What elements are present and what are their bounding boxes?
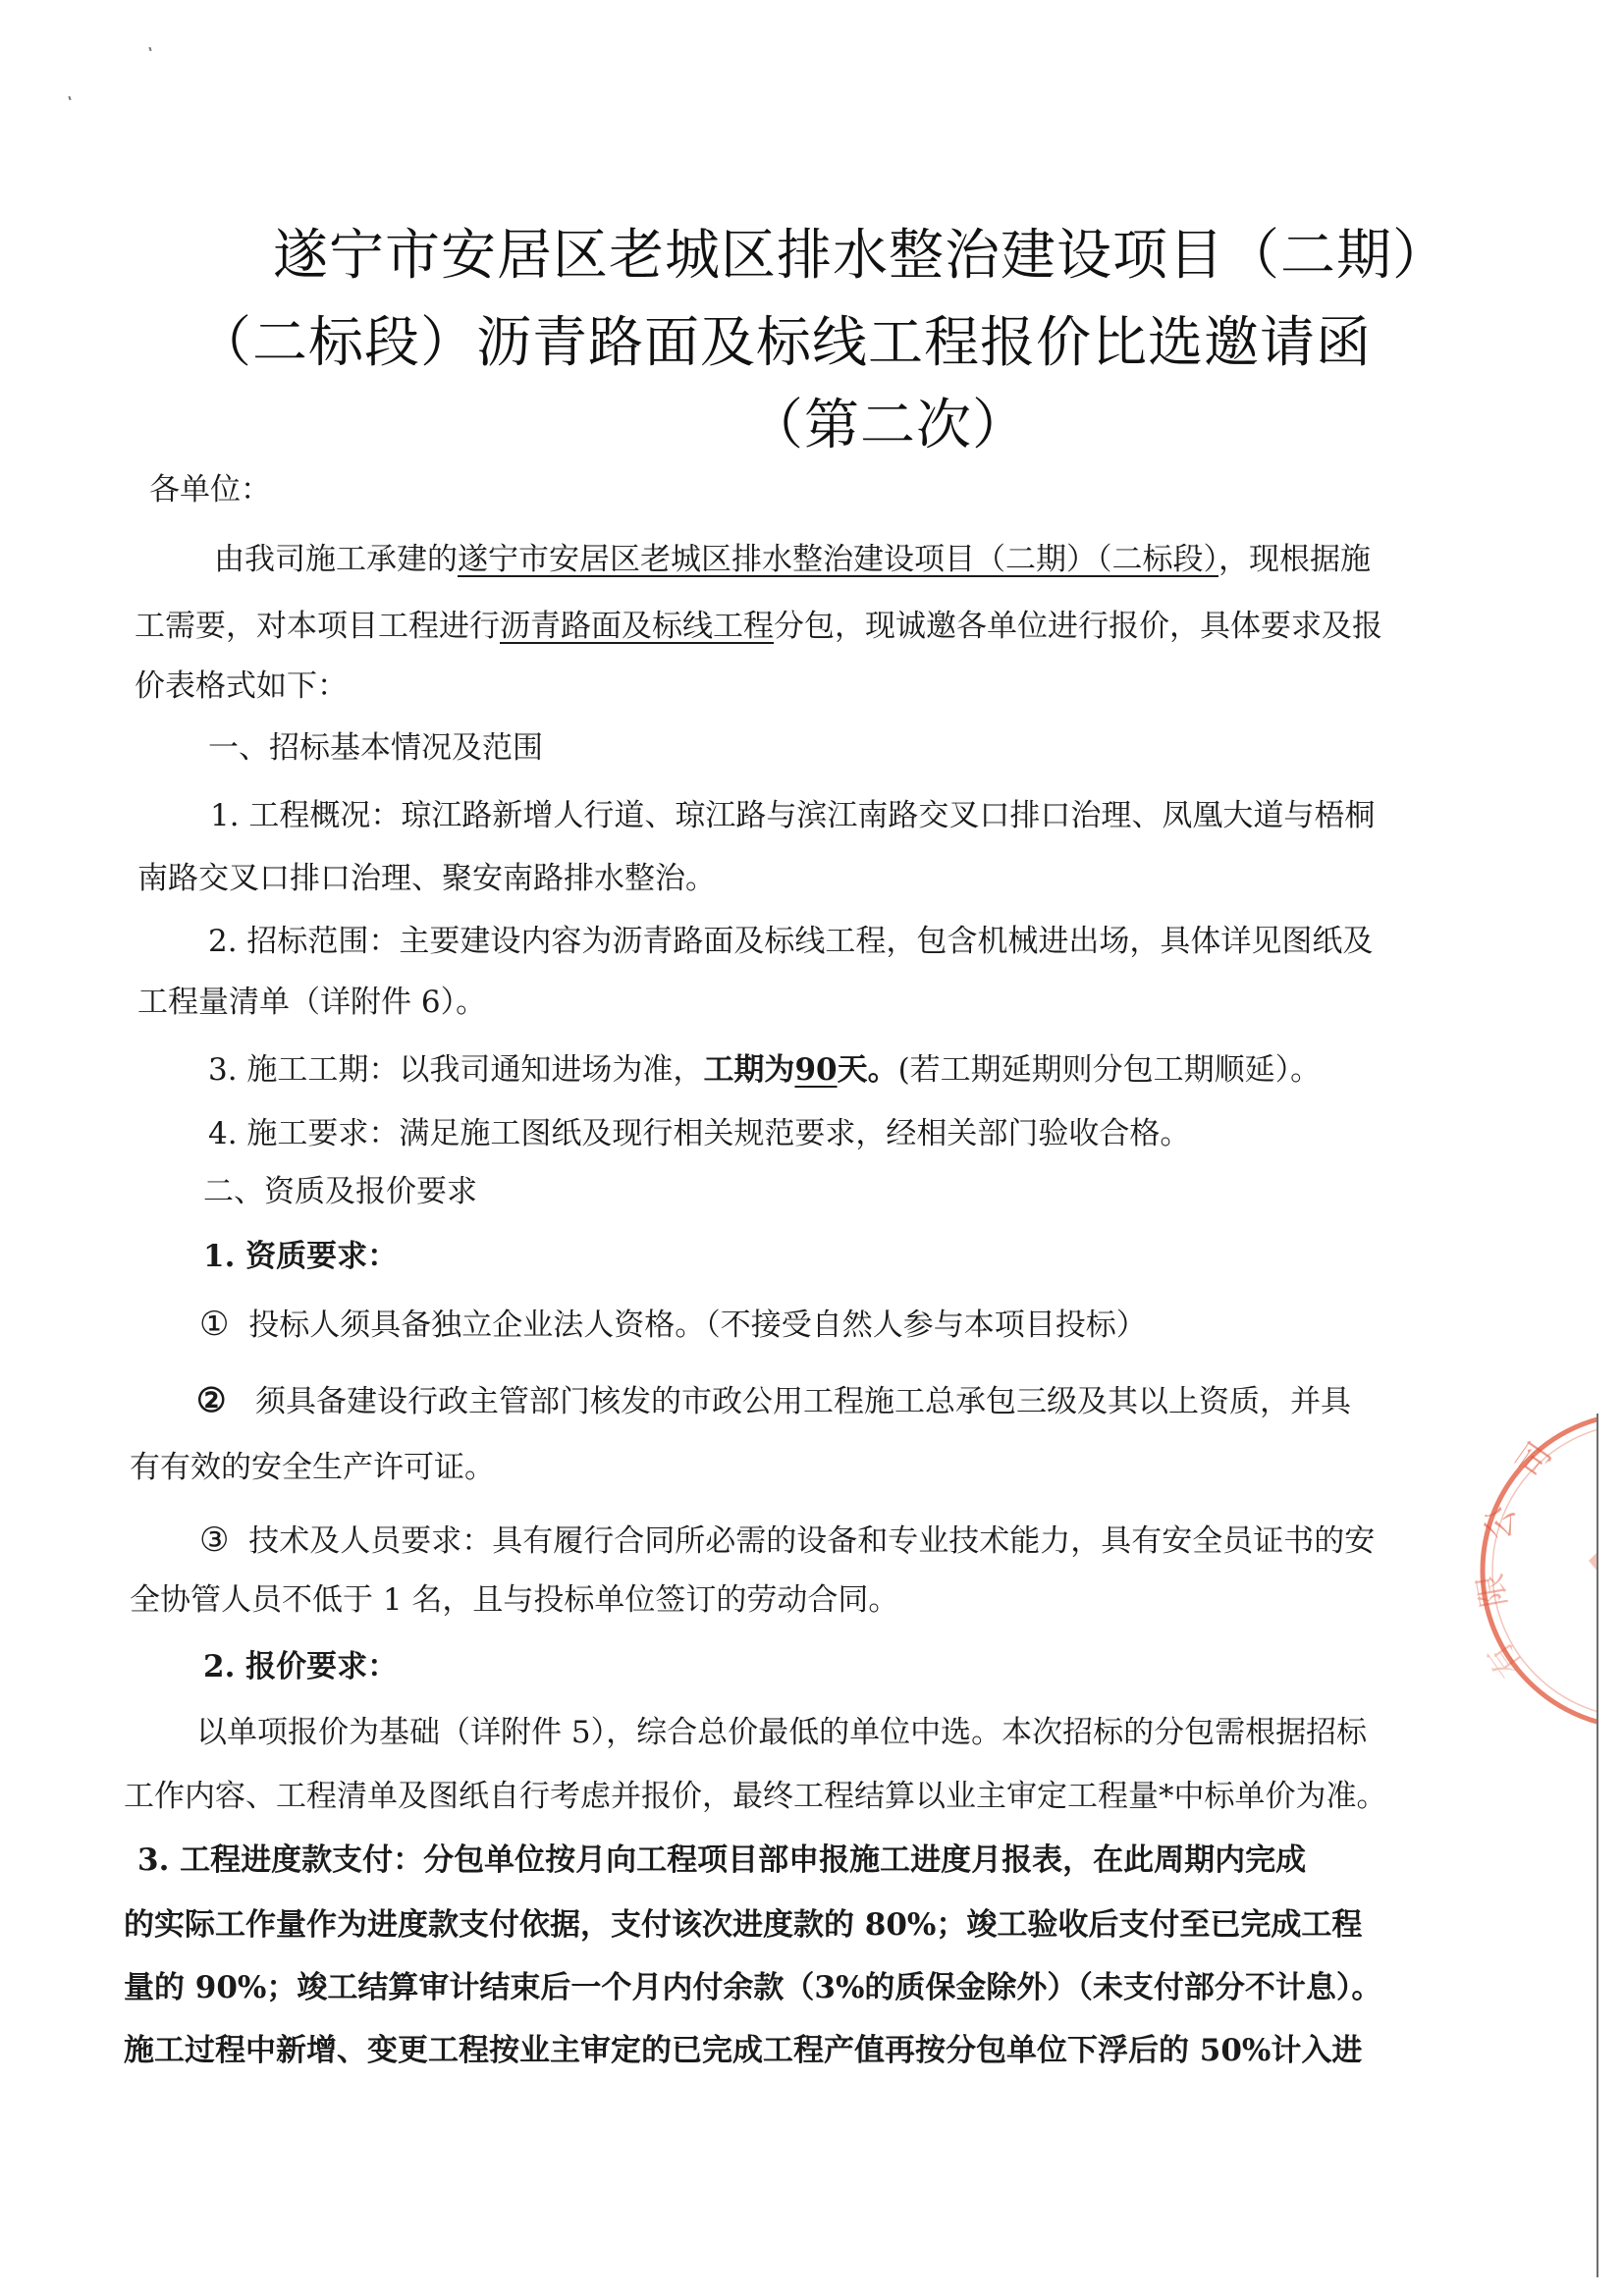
payment-heading: 3. 工程进度款支付： [137,1842,423,1878]
intro-suffix: ，现根据施 [1218,542,1371,577]
intro-prefix: 由我司施工承建的 [214,542,458,577]
section1-item2-line1: 2. 招标范围：主要建设内容为沥青路面及标线工程，包含机械进出场，具体详见图纸及 [208,927,1373,957]
requirement-3-line2: 全协管人员不低于 1 名，且与投标单位签订的劳动合同。 [130,1585,898,1616]
payment-line-4: 施工过程中新增、变更工程按业主审定的已完成工程产值再按分包单位下浮后的 50%计… [124,2036,1362,2066]
requirement-2-line2: 有有效的安全生产许可证。 [130,1453,495,1483]
item3-duration-days: 90 [794,1052,837,1088]
quotation-heading: 2. 报价要求： [203,1652,398,1682]
section1-item2-line2: 工程量清单（详附件 6）。 [137,988,486,1018]
scan-speck [148,47,151,51]
intro-line-1: 由我司施工承建的遂宁市安居区老城区排水整治建设项目（二期）（二标段），现根据施 [214,545,1371,575]
intro-prefix-2: 工需要，对本项目工程进行 [135,609,500,644]
seal-icon: 司 公 限 有 [1473,1404,1598,1737]
requirement-2-text: 须具备建设行政主管部门核发的市政公用工程施工总承包三级及其以上资质，并具 [255,1384,1351,1419]
svg-text:公: 公 [1478,1503,1522,1542]
requirement-1: ① 投标人须具备独立企业法人资格。（不接受自然人参与本项目投标） [199,1308,1147,1341]
requirement-3-text: 技术及人员要求：具有履行合同所必需的设备和专业技术能力，具有安全员证书的安 [248,1523,1375,1559]
page-edge-line [1597,1414,1598,2277]
company-seal: 司 公 限 有 [1473,1404,1598,1737]
quotation-line-2: 工作内容、工程清单及图纸自行考虑并报价，最终工程结算以业主审定工程量*中标单价为… [124,1782,1387,1812]
section1-item4: 4. 施工要求：满足施工图纸及现行相关规范要求，经相关部门验收合格。 [208,1119,1190,1149]
payment-line-3: 量的 90%；竣工结算审计结束后一个月内付余款（3%的质保金除外）（未支付部分不… [124,1973,1381,2003]
circled-number-1: ① [199,1305,229,1344]
intro-line-2: 工需要，对本项目工程进行沥青路面及标线工程分包，现诚邀各单位进行报价，具体要求及… [135,612,1382,642]
svg-text:限: 限 [1473,1571,1515,1610]
circled-number-2: ② [196,1381,226,1420]
title-line-2: （二标段）沥青路面及标线工程报价比选邀请函 [196,316,1372,371]
section1-item1-line2: 南路交叉口排口治理、聚安南路排水整治。 [137,864,716,894]
intro-line-3: 价表格式如下： [135,671,348,702]
requirement-2-line1: ② 须具备建设行政主管部门核发的市政公用工程施工总承包三级及其以上资质，并具 [196,1384,1351,1417]
requirement-1-text: 投标人须具备独立企业法人资格。（不接受自然人参与本项目投标） [248,1308,1147,1343]
requirement-3-line1: ③ 技术及人员要求：具有履行合同所必需的设备和专业技术能力，具有安全员证书的安 [199,1523,1375,1557]
item3-duration-unit: 天。 [838,1052,898,1088]
document-page: 遂宁市安居区老城区排水整治建设项目（二期） （二标段）沥青路面及标线工程报价比选… [0,0,1624,2296]
item3-suffix: (若工期延期则分包工期顺延）。 [898,1052,1322,1088]
section2-heading: 二、资质及报价要求 [203,1177,477,1207]
project-name: 遂宁市安居区老城区排水整治建设项目（二期）（二标段） [458,542,1218,577]
item3-duration-label: 工期为 [703,1052,794,1088]
intro-suffix-2: 分包，现诚邀各单位进行报价，具体要求及报 [774,609,1382,644]
salutation: 各单位： [149,475,271,506]
payment-line-2: 的实际工作量作为进度款支付依据，支付该次进度款的 80%；竣工验收后支付至已完成… [124,1910,1362,1941]
title-line-3: （第二次） [748,399,1028,454]
item3-prefix: 3. 施工工期：以我司通知进场为准， [208,1052,703,1088]
title-line-1: 遂宁市安居区老城区排水整治建设项目（二期） [273,229,1448,284]
section1-heading: 一、招标基本情况及范围 [208,733,543,764]
circled-number-3: ③ [199,1521,229,1560]
payment-line-1: 3. 工程进度款支付：分包单位按月向工程项目部申报施工进度月报表，在此周期内完成 [137,1845,1306,1876]
qualification-heading: 1. 资质要求： [203,1242,398,1272]
section1-item3: 3. 施工工期：以我司通知进场为准，工期为90天。(若工期延期则分包工期顺延）。 [208,1055,1321,1086]
scan-speck [68,96,71,100]
payment-line-1-text: 分包单位按月向工程项目部申报施工进度月报表，在此周期内完成 [423,1842,1306,1878]
scope-name: 沥青路面及标线工程 [500,609,774,644]
quotation-line-1: 以单项报价为基础（详附件 5），综合总价最低的单位中选。本次招标的分包需根据招标 [196,1718,1367,1748]
section1-item1-line1: 1. 工程概况：琼江路新增人行道、琼江路与滨江南路交叉口排口治理、凤凰大道与梧桐 [210,801,1375,831]
